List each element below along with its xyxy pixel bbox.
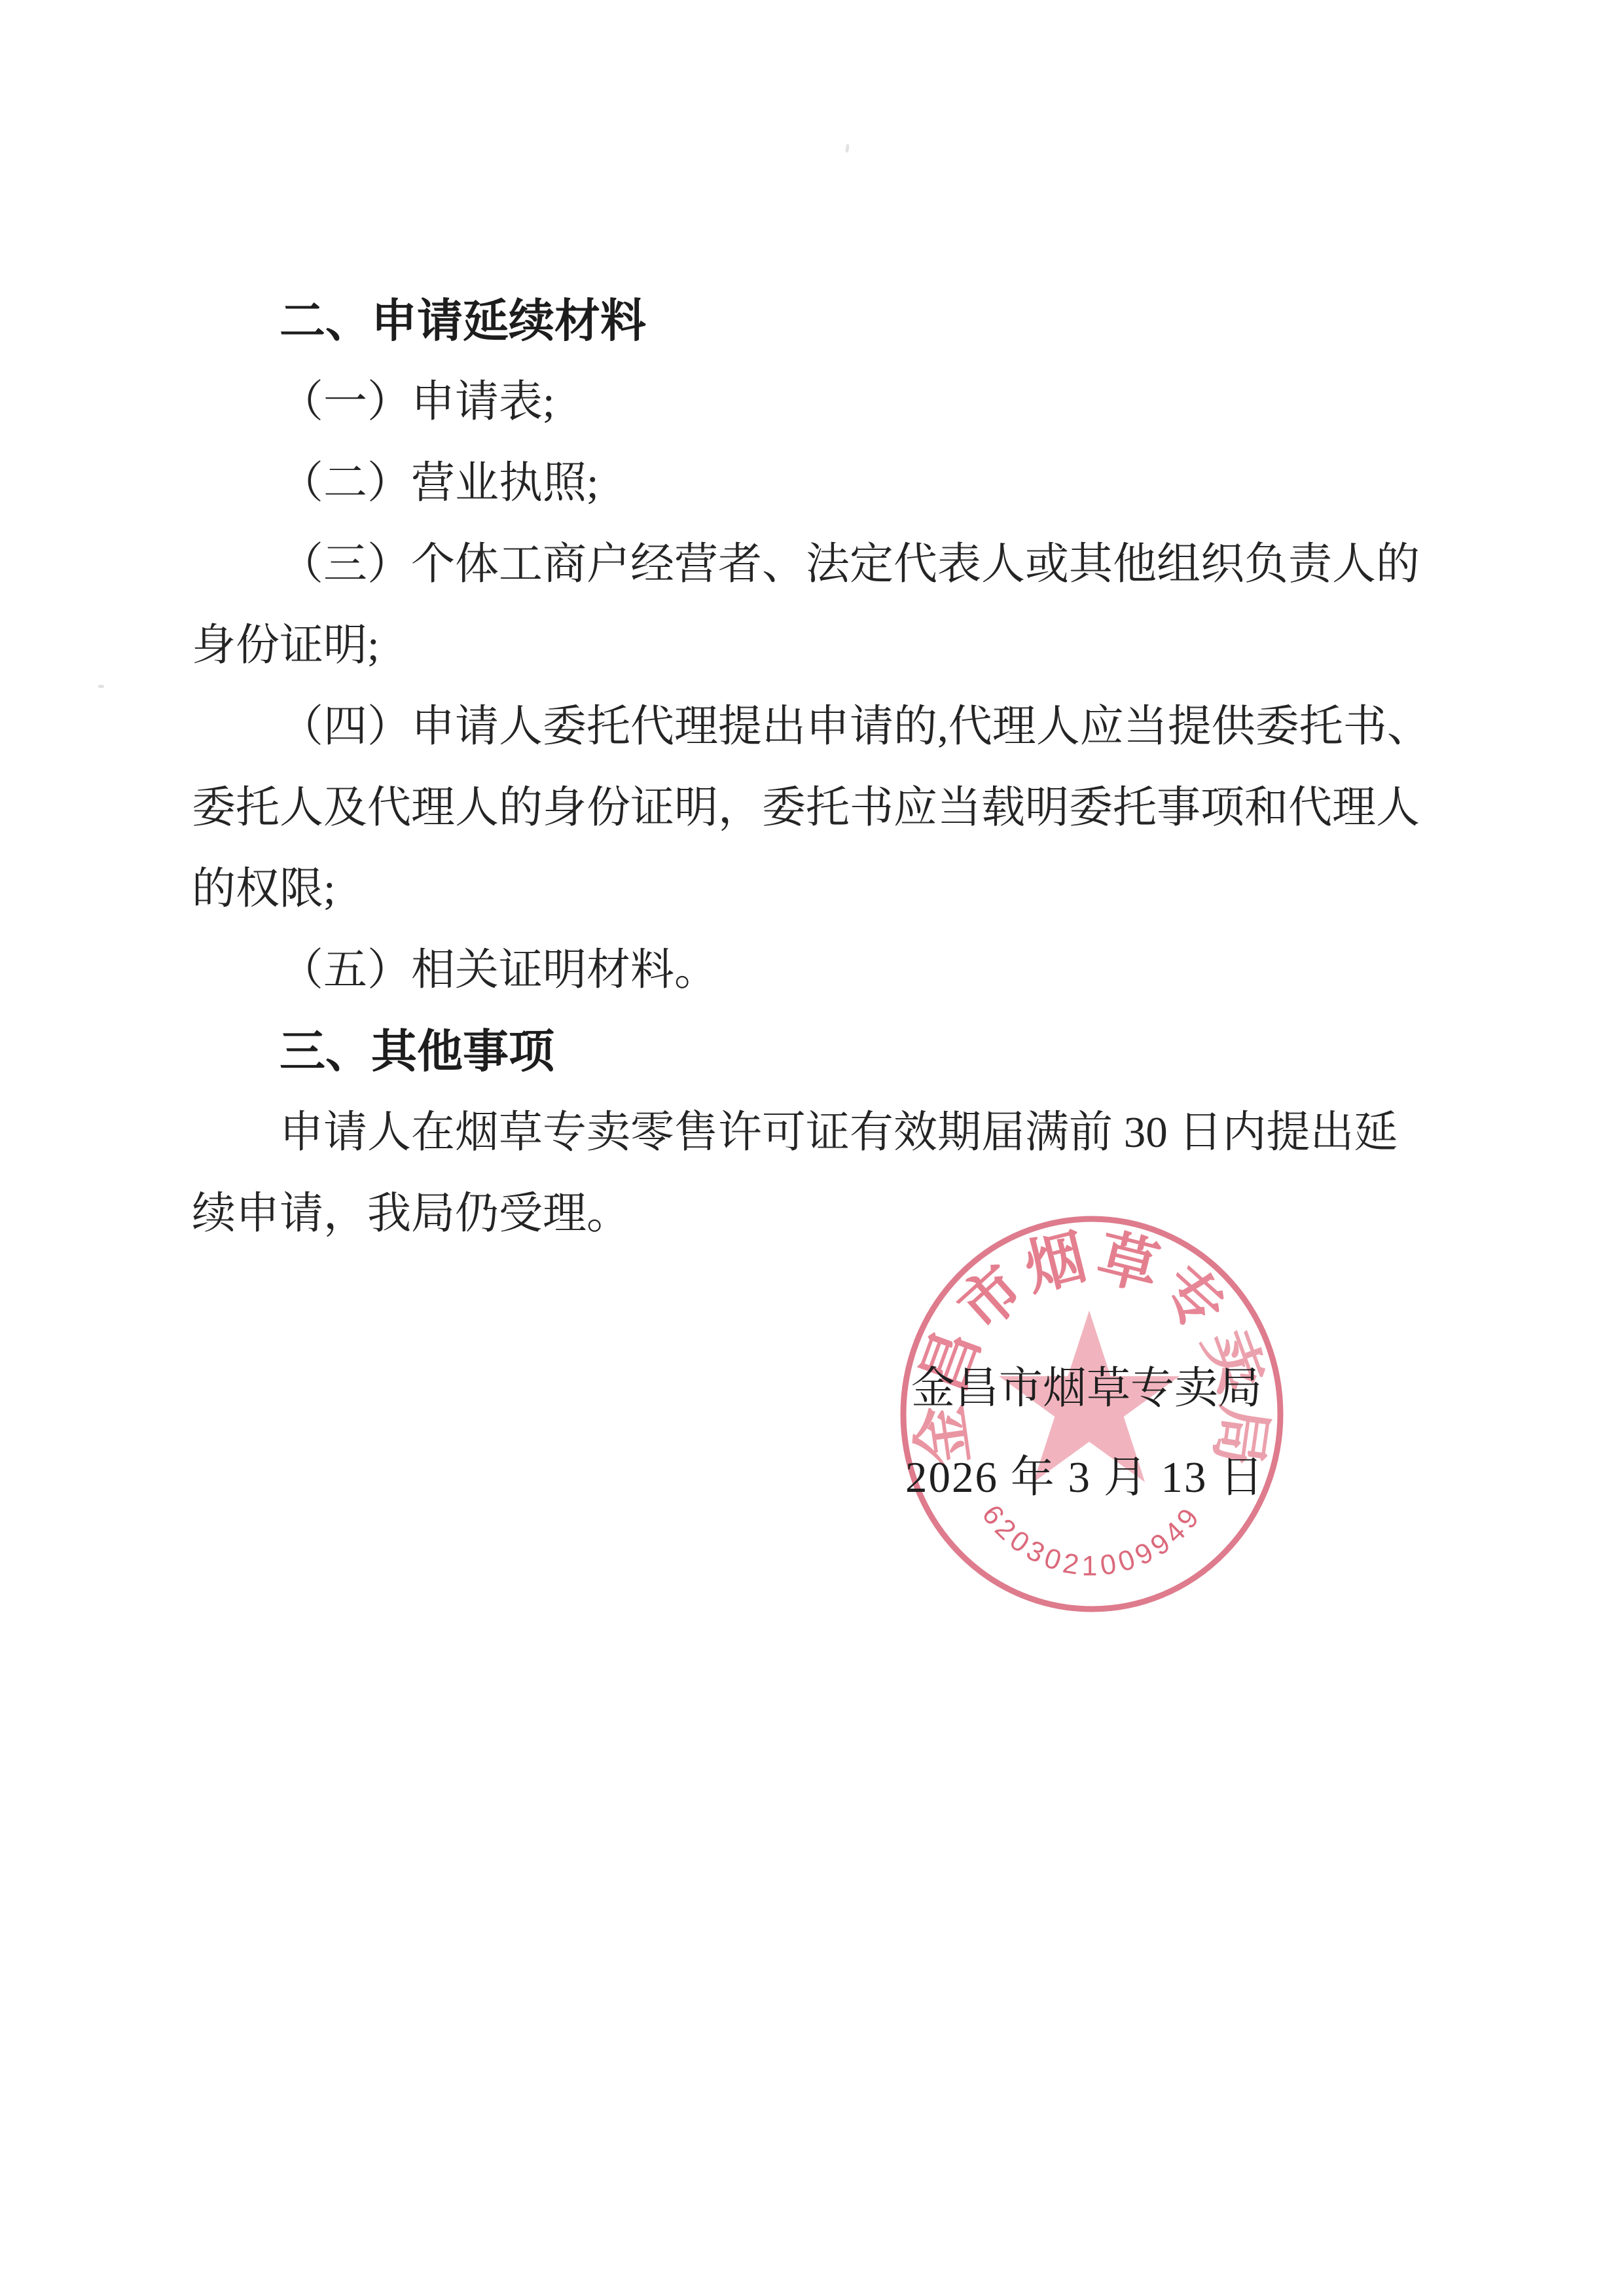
doc-line: （一）申请表; [192,361,1426,443]
doc-line: （三）个体工商户经营者、法定代表人或其他组织负责人的 [192,524,1426,605]
doc-line: 申请人在烟草专卖零售许可证有效期届满前 30 日内提出延 [192,1092,1426,1173]
doc-line: 的权限; [192,848,1426,930]
signature-date: 2026 年 3 月 13 日 [905,1455,1265,1500]
section-heading: 二、申请延续材料 [192,280,1426,361]
seal-ring-char: 专 [1147,1252,1238,1345]
document-body: 二、申请延续材料 （一）申请表; （二）营业执照; （三）个体工商户经营者、法定… [192,280,1426,1254]
section-heading: 三、其他事项 [192,1011,1426,1092]
scan-speck [845,144,850,153]
official-seal: 金 昌 市 烟 草 专 卖 局 6203021009949 [895,1212,1288,1621]
seal-ring-char: 草 [1091,1222,1166,1304]
document-page: 二、申请延续材料 （一）申请表; （二）营业执照; （三）个体工商户经营者、法定… [0,0,1624,2284]
scan-speck [98,685,104,688]
seal-ring-char: 市 [945,1252,1037,1345]
doc-line: （二）营业执照; [192,443,1426,524]
doc-line: （五）相关证明材料。 [192,930,1426,1011]
seal-ring-char: 烟 [1017,1222,1093,1304]
seal-serial-number: 6203021009949 [976,1499,1208,1582]
doc-line: 委托人及代理人的身份证明，委托书应当载明委托事项和代理人 [192,767,1426,848]
signature-issuer: 金昌市烟草专卖局 [911,1366,1262,1411]
doc-line: 身份证明; [192,605,1426,686]
doc-line: （四）申请人委托代理提出申请的,代理人应当提供委托书、 [192,686,1426,767]
